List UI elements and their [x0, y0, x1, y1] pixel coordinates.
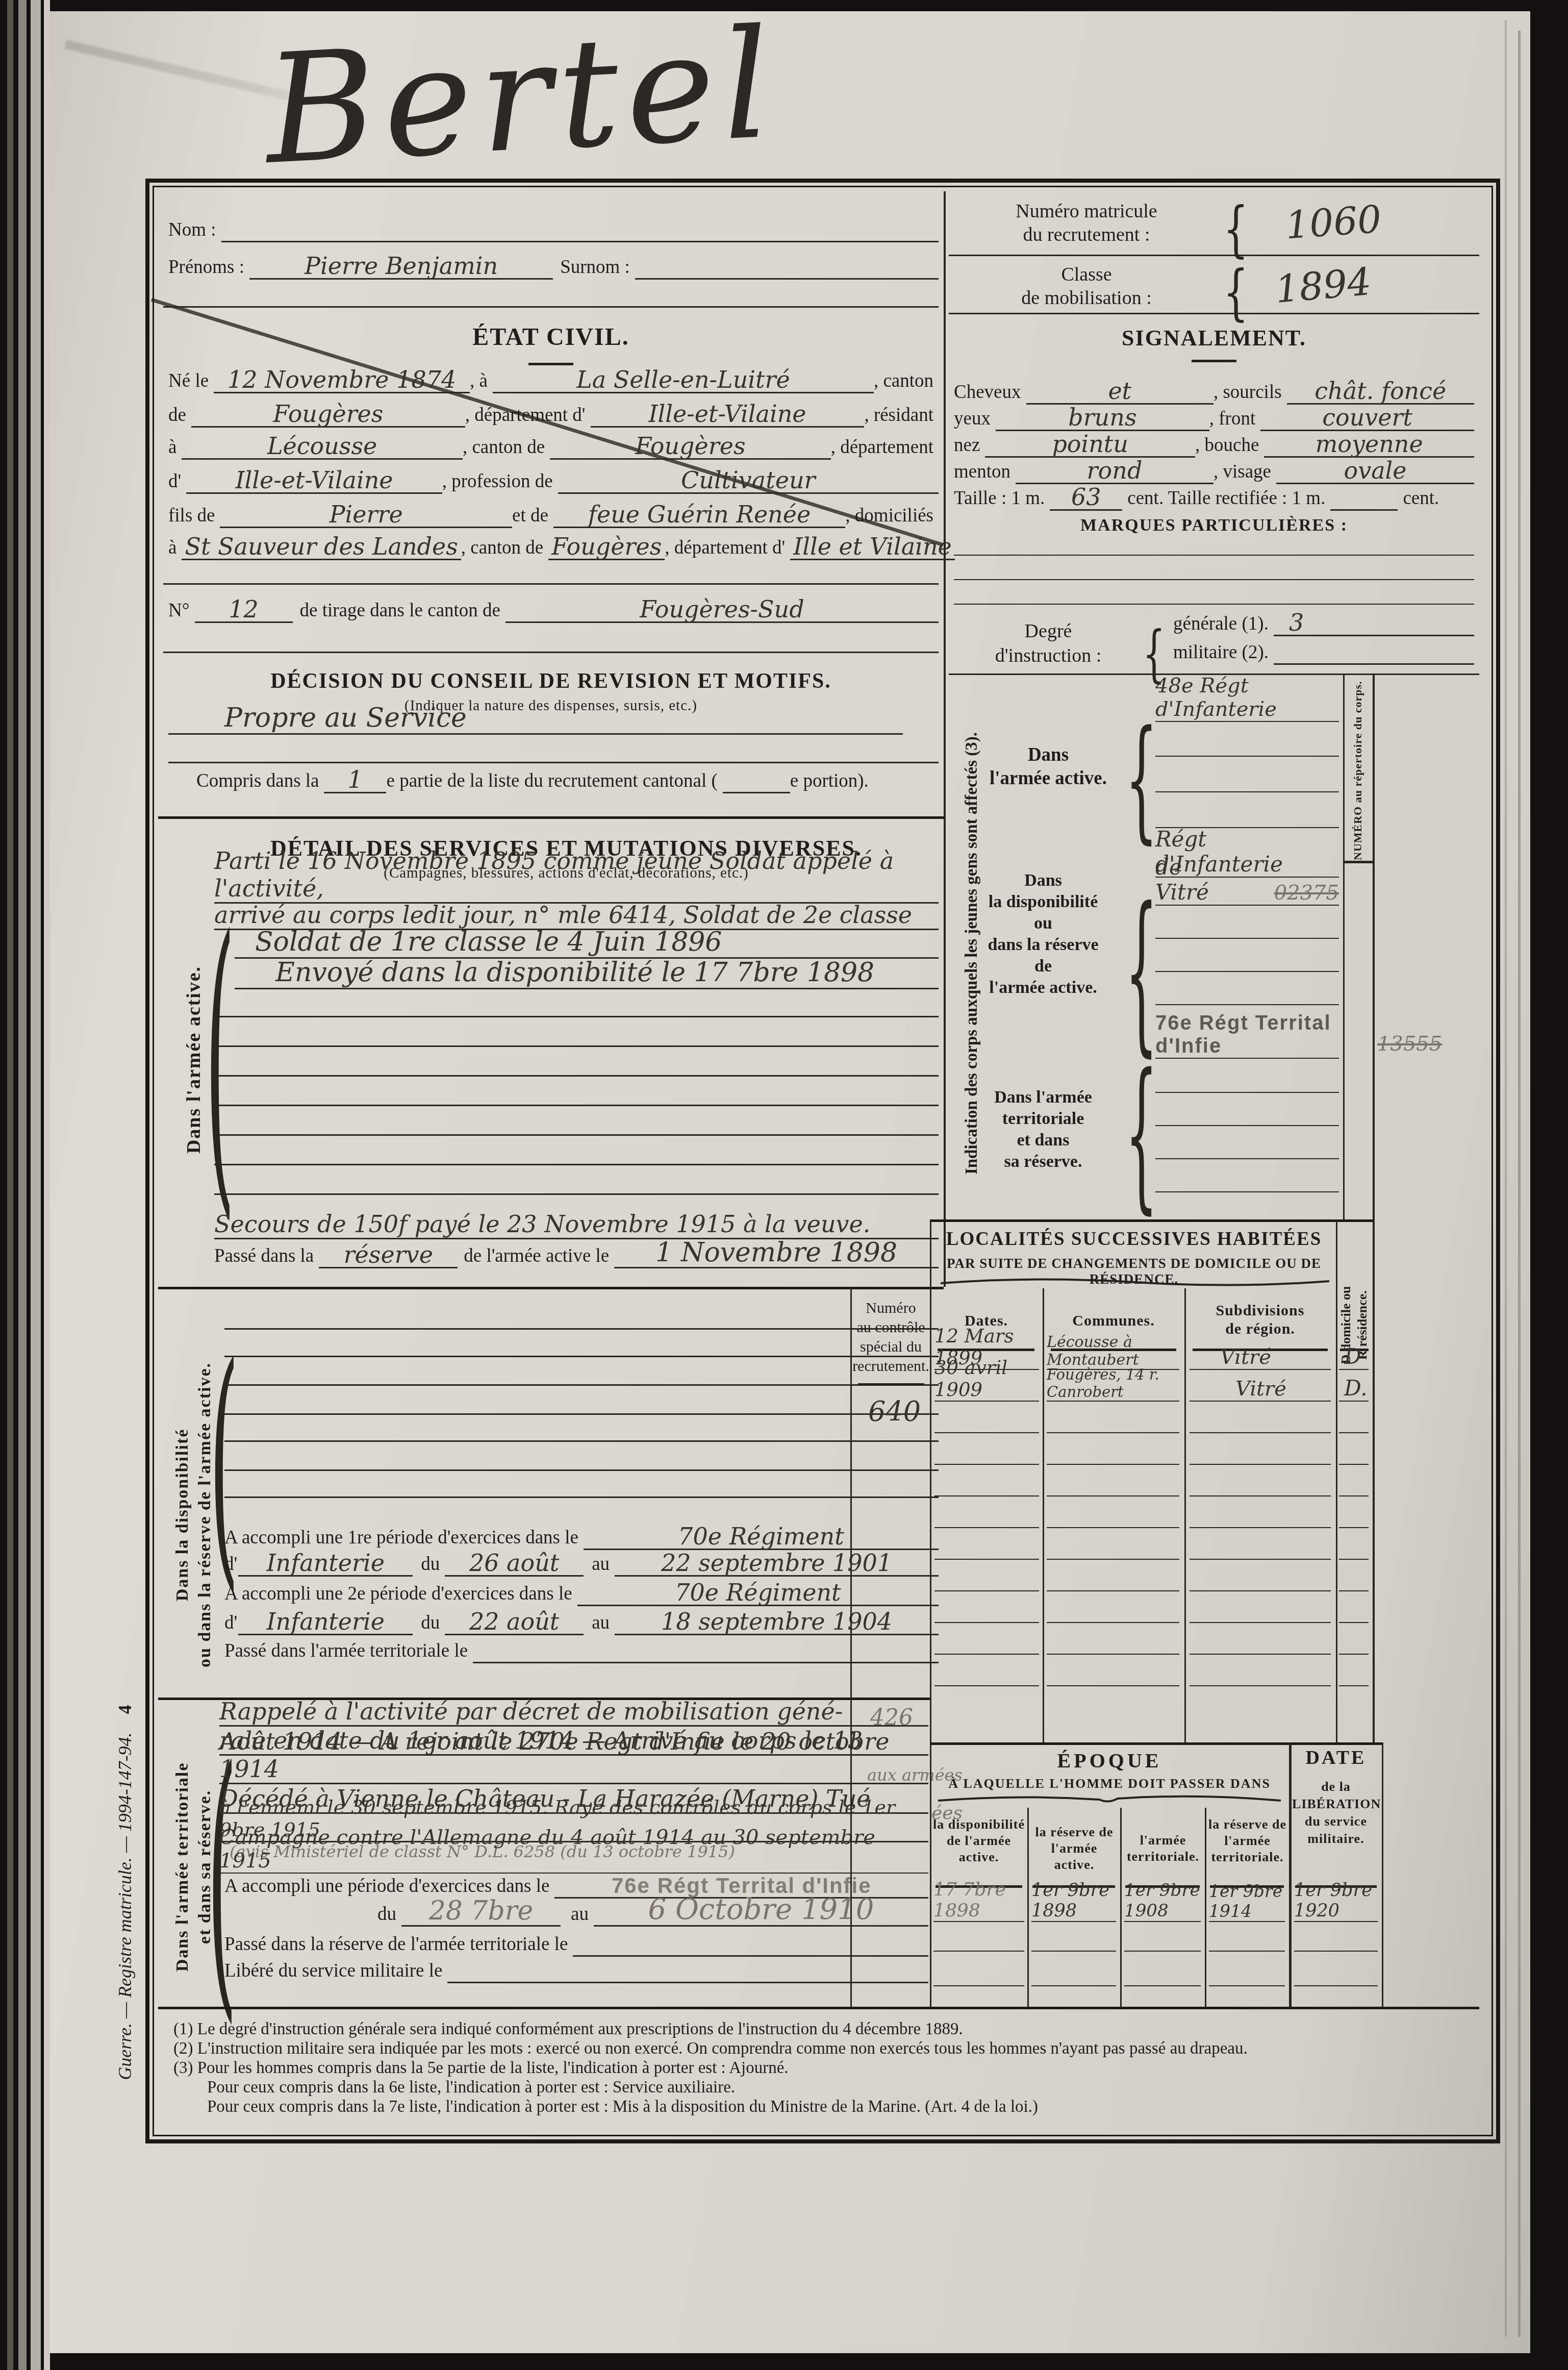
footnote-1-text: (1) Le degré d'instruction générale sera…	[173, 2020, 963, 2038]
classe-label-line1: Classe	[954, 263, 1219, 286]
spine-page-number: 4	[115, 1705, 135, 1714]
value: Infanterie	[238, 1551, 413, 1577]
value: Fougères	[550, 434, 830, 460]
blank-line	[1155, 971, 1339, 972]
blank-line	[224, 1328, 939, 1330]
blank-cell-line	[1190, 1559, 1331, 1560]
blank-line	[954, 555, 1474, 556]
value: moyenne	[1264, 432, 1474, 458]
label: , front	[1209, 408, 1260, 431]
services-line-2-text: arrivé au corps ledit jour, n° mle 6414,…	[214, 901, 912, 929]
corps-dispo-value-line2: de Vitré 02375	[1155, 878, 1339, 906]
label: , canton de	[463, 437, 550, 460]
epoque-col5-line: LIBÉRATION	[1292, 1795, 1380, 1813]
etat-civil-line-4: d' Ille-et-Vilaine , profession de Culti…	[168, 467, 939, 494]
corps-terr-brace: {	[1125, 1038, 1158, 1229]
blank-cell-line	[1047, 1685, 1179, 1686]
blank-line	[224, 1413, 939, 1415]
footnote-1: (1) Le degré d'instruction générale sera…	[173, 2020, 963, 2039]
localites-col-line	[1184, 1288, 1186, 1742]
tirage-text: de tirage dans le canton de	[293, 600, 505, 623]
services-line-1: Parti le 16 Novembre 1895 comme jeune So…	[214, 876, 939, 904]
control-col-header: Numéro au contrôle spécial du recrutemen…	[852, 1299, 930, 1376]
terr-line-1-text: Rappelé à l'activité par décret de mobil…	[219, 1698, 843, 1725]
services-side-label-text: Dans l'armée active.	[183, 966, 205, 1154]
divider	[949, 313, 1479, 314]
blank-cell-line	[1031, 1951, 1116, 1952]
services-line-1-text: Parti le 16 Novembre 1895 comme jeune So…	[214, 847, 939, 902]
secours-line: Secours de 150f payé le 23 Novembre 1915…	[214, 1211, 939, 1239]
periode1-row-b: d' Infanterie du 26 août au 22 septembre…	[224, 1550, 939, 1577]
label: , département d'	[665, 537, 790, 560]
classe-value: 1894	[1274, 260, 1373, 312]
label: menton	[954, 461, 1016, 484]
section-divider	[158, 1287, 944, 1289]
corps-terr-number-text: 13555	[1377, 1032, 1442, 1056]
decision-title: DÉCISION DU CONSEIL DE REVISION ET MOTIF…	[158, 669, 944, 693]
signalement-title-text: SIGNALEMENT.	[1122, 326, 1306, 351]
value: Pierre	[220, 502, 512, 528]
blank-cell-line	[1047, 1622, 1179, 1623]
blank-cell-line	[1190, 1495, 1331, 1496]
label: fils de	[168, 505, 220, 528]
value: Infanterie	[238, 1609, 413, 1635]
classe-label-line2: de mobilisation :	[954, 286, 1219, 310]
label: , domiciliés	[845, 505, 939, 528]
spine-caption: Guerre. — Registre matricule. — 1994-147…	[114, 1622, 136, 2163]
value: Ille-et-Vilaine	[186, 468, 442, 494]
title-dash	[1192, 360, 1236, 362]
blank-cell-line	[1294, 1985, 1378, 1986]
blank-slot	[447, 1982, 928, 1983]
value: 18 septembre 1904	[615, 1609, 939, 1635]
label: militaire (2).	[1173, 642, 1274, 665]
value: 1 Novembre 1898	[614, 1239, 939, 1268]
blank-cell-line	[1190, 1622, 1331, 1623]
epoque-col1-header-text: la disponibilité de l'armée active.	[933, 1817, 1025, 1864]
blank-cell-line	[1339, 1432, 1369, 1433]
services-brace: (	[205, 875, 235, 1248]
footnote-2: (2) L'instruction militaire sera indiqué…	[173, 2039, 1248, 2058]
label: Compris dans la	[196, 770, 324, 793]
label: yeux	[954, 408, 996, 431]
marques-title: MARQUES PARTICULIÈRES :	[949, 516, 1479, 535]
divider	[949, 255, 1479, 256]
degre-generale-row: générale (1). 3	[1173, 612, 1474, 636]
blank-line	[214, 1134, 939, 1136]
blank-line	[1155, 1191, 1339, 1192]
matricule-brace: {	[1223, 195, 1249, 264]
terr-line-3-text: Août 1914 — A rejoint le 270e Regt d'Inf…	[219, 1728, 928, 1783]
value: 70e Régiment	[584, 1524, 939, 1550]
label: Né le	[168, 370, 214, 393]
divider	[163, 306, 939, 308]
corps-active-label-line2: l'armée active.	[974, 767, 1122, 790]
form-frame: Nom : Prénoms : Pierre Benjamin Surnom :…	[145, 179, 1500, 2143]
blank-cell-line	[933, 1951, 1024, 1952]
blank-cell-line	[1031, 1985, 1116, 1986]
localites-col-communes-text: Communes.	[1072, 1312, 1155, 1329]
blank-line	[214, 1193, 939, 1195]
matricule-value-text: 1060	[1284, 197, 1383, 248]
blank-cell-line	[1339, 1527, 1369, 1528]
localites-col-communes: Communes.	[1043, 1312, 1184, 1330]
blank-cell-line	[1339, 1622, 1369, 1623]
footnote-4-text: Pour ceux compris dans la 6e liste, l'in…	[207, 2078, 735, 2097]
footnote-2-text: (2) L'instruction militaire sera indiqué…	[173, 2039, 1248, 2058]
corps-dispo-label-line: de	[964, 956, 1122, 977]
control-header-line: au contrôle	[852, 1318, 930, 1337]
localites-flourish	[939, 1275, 1331, 1287]
blank-cell-line	[1190, 1590, 1331, 1591]
decision-value: Propre au Service	[168, 703, 467, 733]
signature-text: Bertel	[261, 0, 781, 198]
value: 6 Octobre 1910	[594, 1895, 928, 1927]
label: de l'armée active le	[458, 1245, 614, 1268]
blank-cell-line	[1294, 1951, 1378, 1952]
matricule-label-line1: Numéro matricule	[954, 199, 1219, 223]
blank-line	[214, 1075, 939, 1077]
corps-active-label: Dans l'armée active.	[974, 743, 1122, 790]
label: , résidant	[864, 405, 939, 428]
label: A accompli une période d'exercices dans …	[224, 1876, 554, 1899]
label: e portion).	[790, 770, 874, 793]
sig-row-nez: nez pointu , bouche moyenne	[954, 431, 1474, 458]
terr-line-3: Août 1914 — A rejoint le 270e Regt d'Inf…	[219, 1756, 928, 1784]
blank-line	[168, 762, 939, 763]
corps-terr-label: Dans l'armée territoriale et dans sa rés…	[964, 1087, 1122, 1172]
degre-label-line1: Degré	[964, 619, 1132, 643]
blank-cell-line	[1047, 1432, 1179, 1433]
etat-civil-title-text: ÉTAT CIVIL.	[472, 323, 629, 351]
control-number-text: 640	[868, 1395, 921, 1428]
label: générale (1).	[1173, 613, 1274, 636]
blank-cell-line	[934, 1622, 1039, 1623]
value: La Selle-en-Luitré	[493, 367, 874, 393]
page-edge	[1505, 20, 1507, 2337]
corps-dispo-number-struck: 02375	[1274, 881, 1339, 905]
label: , département d'	[465, 405, 591, 428]
sig-row-taille: Taille : 1 m. 63 cent. Taille rectifiée …	[954, 484, 1474, 511]
epoque-col5-title: DATE	[1306, 1747, 1367, 1768]
label: du	[377, 1904, 401, 1927]
label: , canton	[874, 370, 939, 393]
periode2-row-a: A accompli une 2e période d'exercices da…	[224, 1580, 939, 1606]
epoque-title: ÉPOQUE	[930, 1749, 1289, 1773]
terr-line-7: Campagne contre l'Allemagne du 4 août 19…	[219, 1846, 928, 1874]
value: Cultivateur	[558, 468, 939, 494]
blank-line	[224, 1496, 939, 1498]
repertoire-strip-right	[1373, 673, 1375, 1219]
dispo-side-label-line1: Dans la disponibilité	[171, 1311, 194, 1719]
blank-slot	[473, 1662, 939, 1663]
blank-line	[1155, 1092, 1339, 1093]
corps-terr-number-struck: 13555	[1377, 1032, 1442, 1056]
scanned-register-page: Guerre. — Registre matricule. — 1994-147…	[0, 0, 1568, 2370]
localites-r2-dr: D.	[1339, 1374, 1369, 1402]
control-header-underline	[858, 1383, 924, 1386]
blank-cell-line	[933, 1985, 1024, 1986]
value: 3	[1274, 610, 1474, 636]
blank-cell-line	[1209, 1951, 1285, 1952]
footnote-5: Pour ceux compris dans la 7e liste, l'in…	[207, 2098, 1038, 2116]
cell: 17 7bre 1898	[933, 1879, 1024, 1921]
blank-cell-line	[934, 1685, 1039, 1686]
etat-civil-line-6: à St Sauveur des Landes , canton de Foug…	[168, 534, 939, 560]
value: couvert	[1260, 405, 1474, 431]
blank-line	[214, 1164, 939, 1165]
control-number: 640	[868, 1395, 921, 1428]
label: Cheveux	[954, 382, 1026, 405]
epoque-col2-header: la réserve de l'armée active.	[1030, 1824, 1118, 1873]
label: , à	[470, 370, 493, 393]
margin-number-426: 426	[870, 1705, 913, 1731]
corps-dispo-label-line: Dans	[964, 870, 1122, 891]
blank-line	[214, 1016, 939, 1017]
cell: D.	[1339, 1376, 1368, 1401]
secours-text: Secours de 150f payé le 23 Novembre 1915…	[214, 1210, 870, 1238]
label: , canton de	[461, 537, 548, 560]
signalement-title: SIGNALEMENT.	[949, 325, 1479, 351]
nom-row: Nom :	[168, 216, 939, 242]
cell: 1er 9bre 1920	[1294, 1880, 1378, 1921]
corps-dispo-label-line: la disponibilité	[964, 891, 1122, 913]
label: Passé dans l'armée territoriale le	[224, 1640, 473, 1663]
page-edge	[1518, 31, 1521, 2337]
value: et	[1026, 379, 1213, 405]
label: Taille : 1 m.	[954, 488, 1050, 511]
epoque-col5-sub: de la LIBÉRATION du service militaire.	[1292, 1778, 1380, 1848]
label: A accompli une 2e période d'exercices da…	[224, 1583, 577, 1606]
footnote-3-text: (3) Pour les hommes compris dans la 5e p…	[173, 2059, 789, 2077]
repertoire-tick	[1343, 861, 1373, 863]
terr-line-1: Rappelé à l'activité par décret de mobil…	[219, 1699, 928, 1727]
blank-cell-line	[1047, 1527, 1179, 1528]
services-line-3: Soldat de 1re classe le 4 Juin 1896	[235, 931, 939, 959]
spine-caption-text: Guerre. — Registre matricule. — 1994-147…	[115, 1732, 135, 2080]
label: Passé dans la réserve de l'armée territo…	[224, 1934, 573, 1957]
classe-label: Classe de mobilisation :	[954, 263, 1219, 310]
value: Fougères	[548, 534, 665, 560]
blank-cell-line	[1339, 1559, 1369, 1560]
control-header-line: recrutement.	[852, 1357, 930, 1376]
blank-cell-line	[1047, 1654, 1179, 1655]
etat-civil-line-2: de Fougères , département d' Ille-et-Vil…	[168, 401, 939, 428]
epoque-flourish	[936, 1793, 1283, 1805]
blank-line	[214, 1045, 939, 1047]
epoque-v3: 1er 9bre 1908	[1124, 1894, 1201, 1922]
marques-title-text: MARQUES PARTICULIÈRES :	[1080, 516, 1348, 535]
surnom-line	[635, 278, 939, 280]
decision-title-text: DÉCISION DU CONSEIL DE REVISION ET MOTIF…	[270, 669, 831, 693]
blank-cell-line	[1339, 1685, 1369, 1686]
epoque-v2: 1er 9bre 1898	[1031, 1894, 1116, 1922]
cell: 1er 9bre 1898	[1031, 1880, 1116, 1921]
footnote-4: Pour ceux compris dans la 6e liste, l'in…	[207, 2078, 735, 2097]
epoque-date-sep	[1289, 1742, 1292, 2007]
blank-line	[1155, 1158, 1339, 1159]
etat-civil-title: ÉTAT CIVIL.	[158, 323, 944, 351]
blank-cell-line	[1339, 1464, 1369, 1465]
blank-cell-line	[1047, 1495, 1179, 1496]
value: 63	[1050, 485, 1122, 511]
footnote-3: (3) Pour les hommes compris dans la 5e p…	[173, 2059, 789, 2078]
value: bruns	[996, 405, 1209, 431]
sig-row-menton: menton rond , visage ovale	[954, 458, 1474, 484]
label: Libéré du service militaire le	[224, 1960, 447, 1983]
services-side-label: Dans l'armée active.	[183, 902, 205, 1218]
label: du	[413, 1554, 445, 1577]
epoque-v1: 17 7bre 1898	[933, 1894, 1024, 1922]
label: nez	[954, 435, 985, 458]
degre-militaire-row: militaire (2).	[1173, 640, 1474, 665]
label: Passé dans la	[214, 1245, 319, 1268]
epoque-col-line	[1205, 1808, 1206, 2007]
localites-r1-subdiv: Vitré	[1190, 1342, 1331, 1370]
blank-cell-line	[1047, 1590, 1179, 1591]
blank-line	[214, 1105, 939, 1106]
blank-cell-line	[1047, 1559, 1179, 1560]
epoque-v5: 1er 9bre 1920	[1294, 1894, 1378, 1922]
localites-r2-date: 30 avril 1909	[934, 1374, 1039, 1402]
signature-name: Bertel	[261, 0, 781, 198]
value: 26 août	[445, 1551, 584, 1577]
corps-terr-label-line: et dans	[964, 1130, 1122, 1151]
corps-terr-label-line: Dans l'armée	[964, 1087, 1122, 1108]
value: réserve	[319, 1242, 458, 1268]
label: , visage	[1213, 461, 1276, 484]
blank-cell-line	[1339, 1590, 1369, 1591]
cell: 1er 9bre 1914	[1209, 1881, 1285, 1921]
degre-label: Degré d'instruction :	[964, 619, 1132, 668]
compris-row: Compris dans la 1 e partie de la liste d…	[196, 767, 900, 793]
corps-active-value: 48e Régt d'Infanterie	[1155, 674, 1339, 721]
blank-cell-line	[1190, 1464, 1331, 1465]
label: , bouche	[1195, 435, 1264, 458]
blank-line	[224, 1440, 939, 1442]
epoque-col1-header: la disponibilité de l'armée active.	[932, 1816, 1025, 1865]
label: à	[168, 537, 182, 560]
periode1-row-a: A accompli une 1re période d'exercices d…	[224, 1524, 939, 1550]
blank-line	[224, 1384, 939, 1386]
blank-line	[1155, 938, 1339, 939]
corps-terr-stamp-line: 76e Régt Territal d'Infie	[1155, 1031, 1339, 1059]
blank-slot	[1274, 663, 1474, 665]
label: au	[584, 1612, 615, 1635]
matricule-value: 1060	[1284, 197, 1383, 248]
blank-cell-line	[934, 1464, 1039, 1465]
epoque-top	[930, 1742, 1382, 1745]
corps-active-label-line1: Dans	[974, 743, 1122, 767]
sig-row-cheveux: Cheveux et , sourcils chât. foncé	[954, 378, 1474, 405]
passe-reserve-row: Passé dans la réserve de l'armée active …	[214, 1242, 939, 1268]
blank-cell-line	[934, 1527, 1039, 1528]
etat-civil-line-3: à Lécousse , canton de Fougères , départ…	[168, 433, 939, 460]
value: 28 7bre	[401, 1897, 561, 1927]
label: au	[584, 1554, 615, 1577]
cell: 30 avril 1909	[934, 1357, 1039, 1401]
main-divider	[944, 191, 946, 1287]
passe-reserve-territoriale-row: Passé dans la réserve de l'armée territo…	[224, 1930, 928, 1957]
value: 22 septembre 1901	[615, 1551, 939, 1577]
epoque-col5-line: du service	[1292, 1813, 1380, 1830]
epoque-col3-header-text: l'armée territoriale.	[1127, 1833, 1199, 1864]
value: rond	[1016, 458, 1213, 484]
local :ites-title: LOCALITÉS SUCCESSIVES HABITÉES	[930, 1228, 1338, 1250]
localites-col-subdiv-line2: de région.	[1184, 1320, 1336, 1338]
blank-line	[224, 1356, 939, 1357]
label: , département	[831, 437, 939, 460]
label: d'	[224, 1554, 238, 1577]
label: A accompli une 1re période d'exercices d…	[224, 1527, 584, 1550]
tirage-row: N° 12 de tirage dans le canton de Fougèr…	[168, 596, 939, 623]
localites-col-line	[1336, 1219, 1337, 1742]
periode2-row-b: d' Infanterie du 22 août au 18 septembre…	[224, 1609, 939, 1635]
blank-cell-line	[934, 1590, 1039, 1591]
matricule-label: Numéro matricule du recrutement :	[954, 199, 1219, 246]
sig-row-yeux: yeux bruns , front couvert	[954, 405, 1474, 431]
services-line-4: Envoyé dans la disponibilité le 17 7bre …	[235, 961, 939, 989]
blank-line	[1155, 756, 1339, 757]
label: e partie de la liste du recrutement cant…	[386, 770, 722, 793]
cell: Vitré	[1190, 1345, 1271, 1369]
corps-active-brace: {	[1125, 702, 1158, 857]
epoque-v4: 1er 9bre 1914	[1209, 1894, 1285, 1922]
localites-top	[930, 1219, 1373, 1222]
corps-dispo-label-line: ou	[964, 913, 1122, 934]
divider	[163, 652, 939, 653]
blank-cell-line	[934, 1654, 1039, 1655]
etat-civil-line-1: Né le 12 Novembre 1874 , à La Selle-en-L…	[168, 367, 939, 393]
value: Lécousse	[182, 434, 462, 460]
value: chât. foncé	[1287, 379, 1474, 405]
spine-edge	[7, 0, 13, 2370]
blank-slot	[1330, 509, 1398, 511]
blank-cell-line	[1339, 1654, 1369, 1655]
terr-line-7-text: Campagne contre l'Allemagne du 4 août 19…	[219, 1826, 928, 1873]
blank-cell-line	[1124, 1951, 1201, 1952]
localites-col-subdiv-line1: Subdivisions	[1184, 1302, 1336, 1320]
blank-cell-line	[1190, 1527, 1331, 1528]
label: au	[561, 1904, 594, 1927]
blank-slot	[723, 792, 790, 793]
corps-dispo-label-line: l'armée active.	[964, 977, 1122, 999]
corps-terr-stamp: 76e Régt Territal d'Infie	[1155, 1012, 1339, 1058]
cell: 1er 9bre 1908	[1124, 1880, 1201, 1921]
divider	[163, 583, 939, 585]
blank-cell-line	[1190, 1432, 1331, 1433]
value: feue Guérin Renée	[553, 502, 846, 528]
repertoire-label-text: NUMÉRO au répertoire du corps.	[1351, 681, 1364, 860]
value: Fougères	[191, 402, 465, 428]
label: , profession de	[442, 471, 558, 494]
blank-line	[1155, 1125, 1339, 1126]
blank-cell-line	[934, 1432, 1039, 1433]
numero-tirage-label: N°	[168, 600, 195, 623]
terr-side-label-line1: Dans l'armée territoriale	[171, 1663, 194, 2071]
localites-col-line	[1373, 1219, 1375, 1742]
cell: Lécousse à Montaubert	[1047, 1333, 1179, 1369]
epoque-subtitle-text: À LAQUELLE L'HOMME DOIT PASSER DANS	[948, 1776, 1271, 1791]
blank-line	[224, 1469, 939, 1471]
scan-black-right	[1531, 0, 1568, 2370]
numero-tirage-value: 12	[195, 597, 293, 623]
blank-cell-line	[1190, 1685, 1331, 1686]
repertoire-label: NUMÉRO au répertoire du corps.	[1351, 687, 1364, 860]
value: pointu	[985, 432, 1195, 458]
footnote-5-text: Pour ceux compris dans la 7e liste, l'in…	[207, 2098, 1038, 2116]
value: 70e Régiment	[577, 1580, 939, 1606]
